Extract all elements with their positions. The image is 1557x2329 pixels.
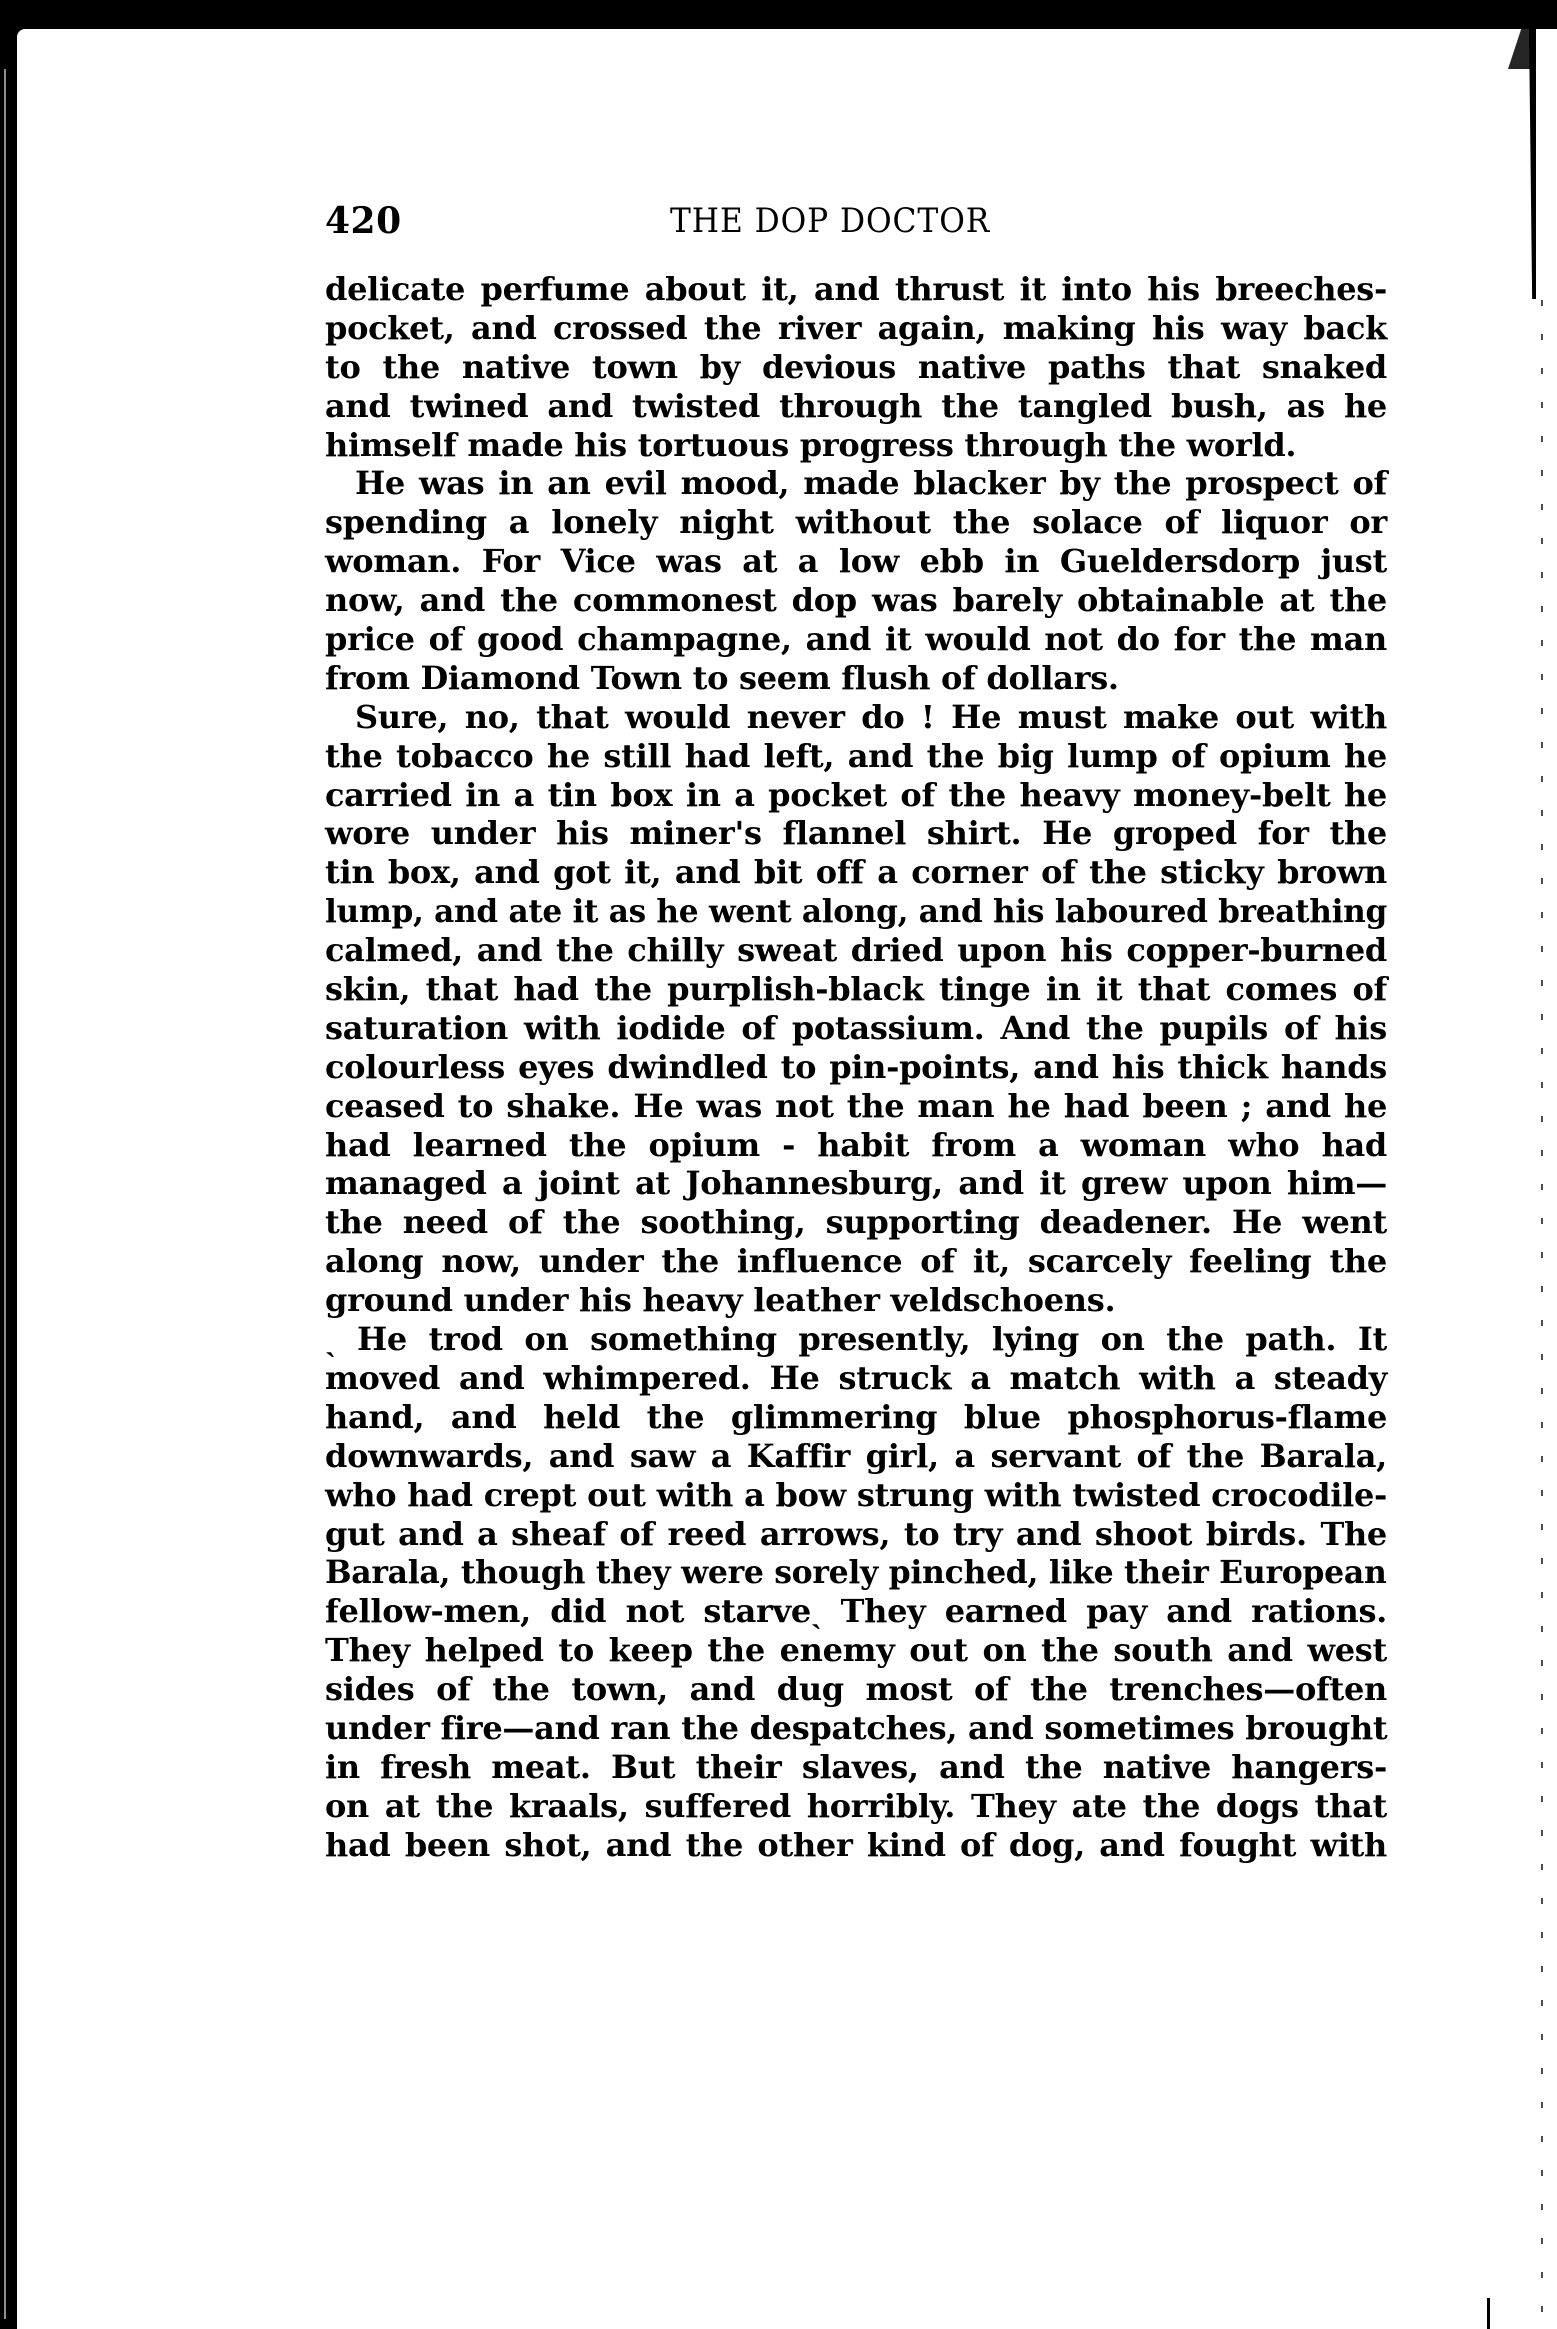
text-line: price of good champagne, and it would no… (325, 620, 1387, 659)
scan-left-border-highlight (4, 69, 6, 2319)
text-line: the tobacco he still had left, and the b… (325, 737, 1387, 776)
text-line: fellow-men, did not starveˎ They earned … (325, 1592, 1387, 1631)
scan-left-border (0, 29, 17, 2329)
text-line: lump, and ate it as he went along, and h… (325, 892, 1387, 931)
scan-right-edge-noise (1541, 300, 1543, 2320)
scan-right-page-fold (1508, 29, 1530, 69)
text-line: Sure, no, that would never do ! He must … (325, 698, 1387, 737)
text-line: to the native town by devious native pat… (325, 348, 1387, 387)
text-line: and twined and twisted through the tangl… (325, 387, 1387, 426)
text-line: delicate perfume about it, and thrust it… (325, 270, 1387, 309)
text-line: under fire—and ran the despatches, and s… (325, 1709, 1387, 1748)
text-line: hand, and held the glimmering blue phosp… (325, 1398, 1387, 1437)
text-line: who had crept out with a bow strung with… (325, 1476, 1387, 1515)
paragraph: delicate perfume about it, and thrust it… (325, 270, 1387, 464)
text-line: gut and a sheaf of reed arrows, to try a… (325, 1515, 1387, 1554)
text-line: moved and whimpered. He struck a match w… (325, 1359, 1387, 1398)
text-line: from Diamond Town to seem flush of dolla… (325, 659, 1387, 698)
text-line: ground under his heavy leather veldschoe… (325, 1281, 1387, 1320)
text-line: He was in an evil mood, made blacker by … (325, 464, 1387, 503)
text-line: downwards, and saw a Kaffir girl, a serv… (325, 1437, 1387, 1476)
text-line: saturation with iodide of potassium. And… (325, 1009, 1387, 1048)
text-line: skin, that had the purplish-black tinge … (325, 970, 1387, 1009)
page-corner (17, 29, 25, 37)
text-line: colourless eyes dwindled to pin-points, … (325, 1048, 1387, 1087)
text-line: They helped to keep the enemy out on the… (325, 1631, 1387, 1670)
text-line: Barala, though they were sorely pinched,… (325, 1553, 1387, 1592)
page-number: 420 (325, 196, 402, 246)
text-line: ceased to shake. He was not the man he h… (325, 1087, 1387, 1126)
text-line: managed a joint at Johannesburg, and it … (325, 1164, 1387, 1203)
running-head: 420 THE DOP DOCTOR (325, 196, 1387, 246)
text-line: carried in a tin box in a pocket of the … (325, 776, 1387, 815)
text-line: tin box, and got it, and bit off a corne… (325, 853, 1387, 892)
text-line: pocket, and crossed the river again, mak… (325, 309, 1387, 348)
scan-right-border (1529, 29, 1536, 299)
body-text: delicate perfume about it, and thrust it… (325, 270, 1387, 1865)
text-line: sides of the town, and dug most of the t… (325, 1670, 1387, 1709)
book-page: 420 THE DOP DOCTOR delicate perfume abou… (325, 196, 1387, 1865)
scan-bottom-mark (1487, 2298, 1490, 2329)
running-title: THE DOP DOCTOR (670, 196, 990, 246)
text-line: ˎ He trod on something presently, lying … (325, 1320, 1387, 1359)
text-line: wore under his miner's flannel shirt. He… (325, 814, 1387, 853)
text-line: himself made his tortuous progress throu… (325, 426, 1387, 465)
text-line: had been shot, and the other kind of dog… (325, 1826, 1387, 1865)
text-line: calmed, and the chilly sweat dried upon … (325, 931, 1387, 970)
text-line: woman. For Vice was at a low ebb in Guel… (325, 542, 1387, 581)
scan-top-border (0, 0, 1557, 29)
paragraph: Sure, no, that would never do ! He must … (325, 698, 1387, 1320)
text-line: spending a lonely night without the sola… (325, 503, 1387, 542)
text-line: the need of the soothing, supporting dea… (325, 1203, 1387, 1242)
text-line: on at the kraals, suffered horribly. The… (325, 1787, 1387, 1826)
text-line: in fresh meat. But their slaves, and the… (325, 1748, 1387, 1787)
text-line: now, and the commonest dop was barely ob… (325, 581, 1387, 620)
text-line: along now, under the influence of it, sc… (325, 1242, 1387, 1281)
paragraph: ˎ He trod on something presently, lying … (325, 1320, 1387, 1864)
text-line: had learned the opium - habit from a wom… (325, 1126, 1387, 1165)
paragraph: He was in an evil mood, made blacker by … (325, 464, 1387, 697)
